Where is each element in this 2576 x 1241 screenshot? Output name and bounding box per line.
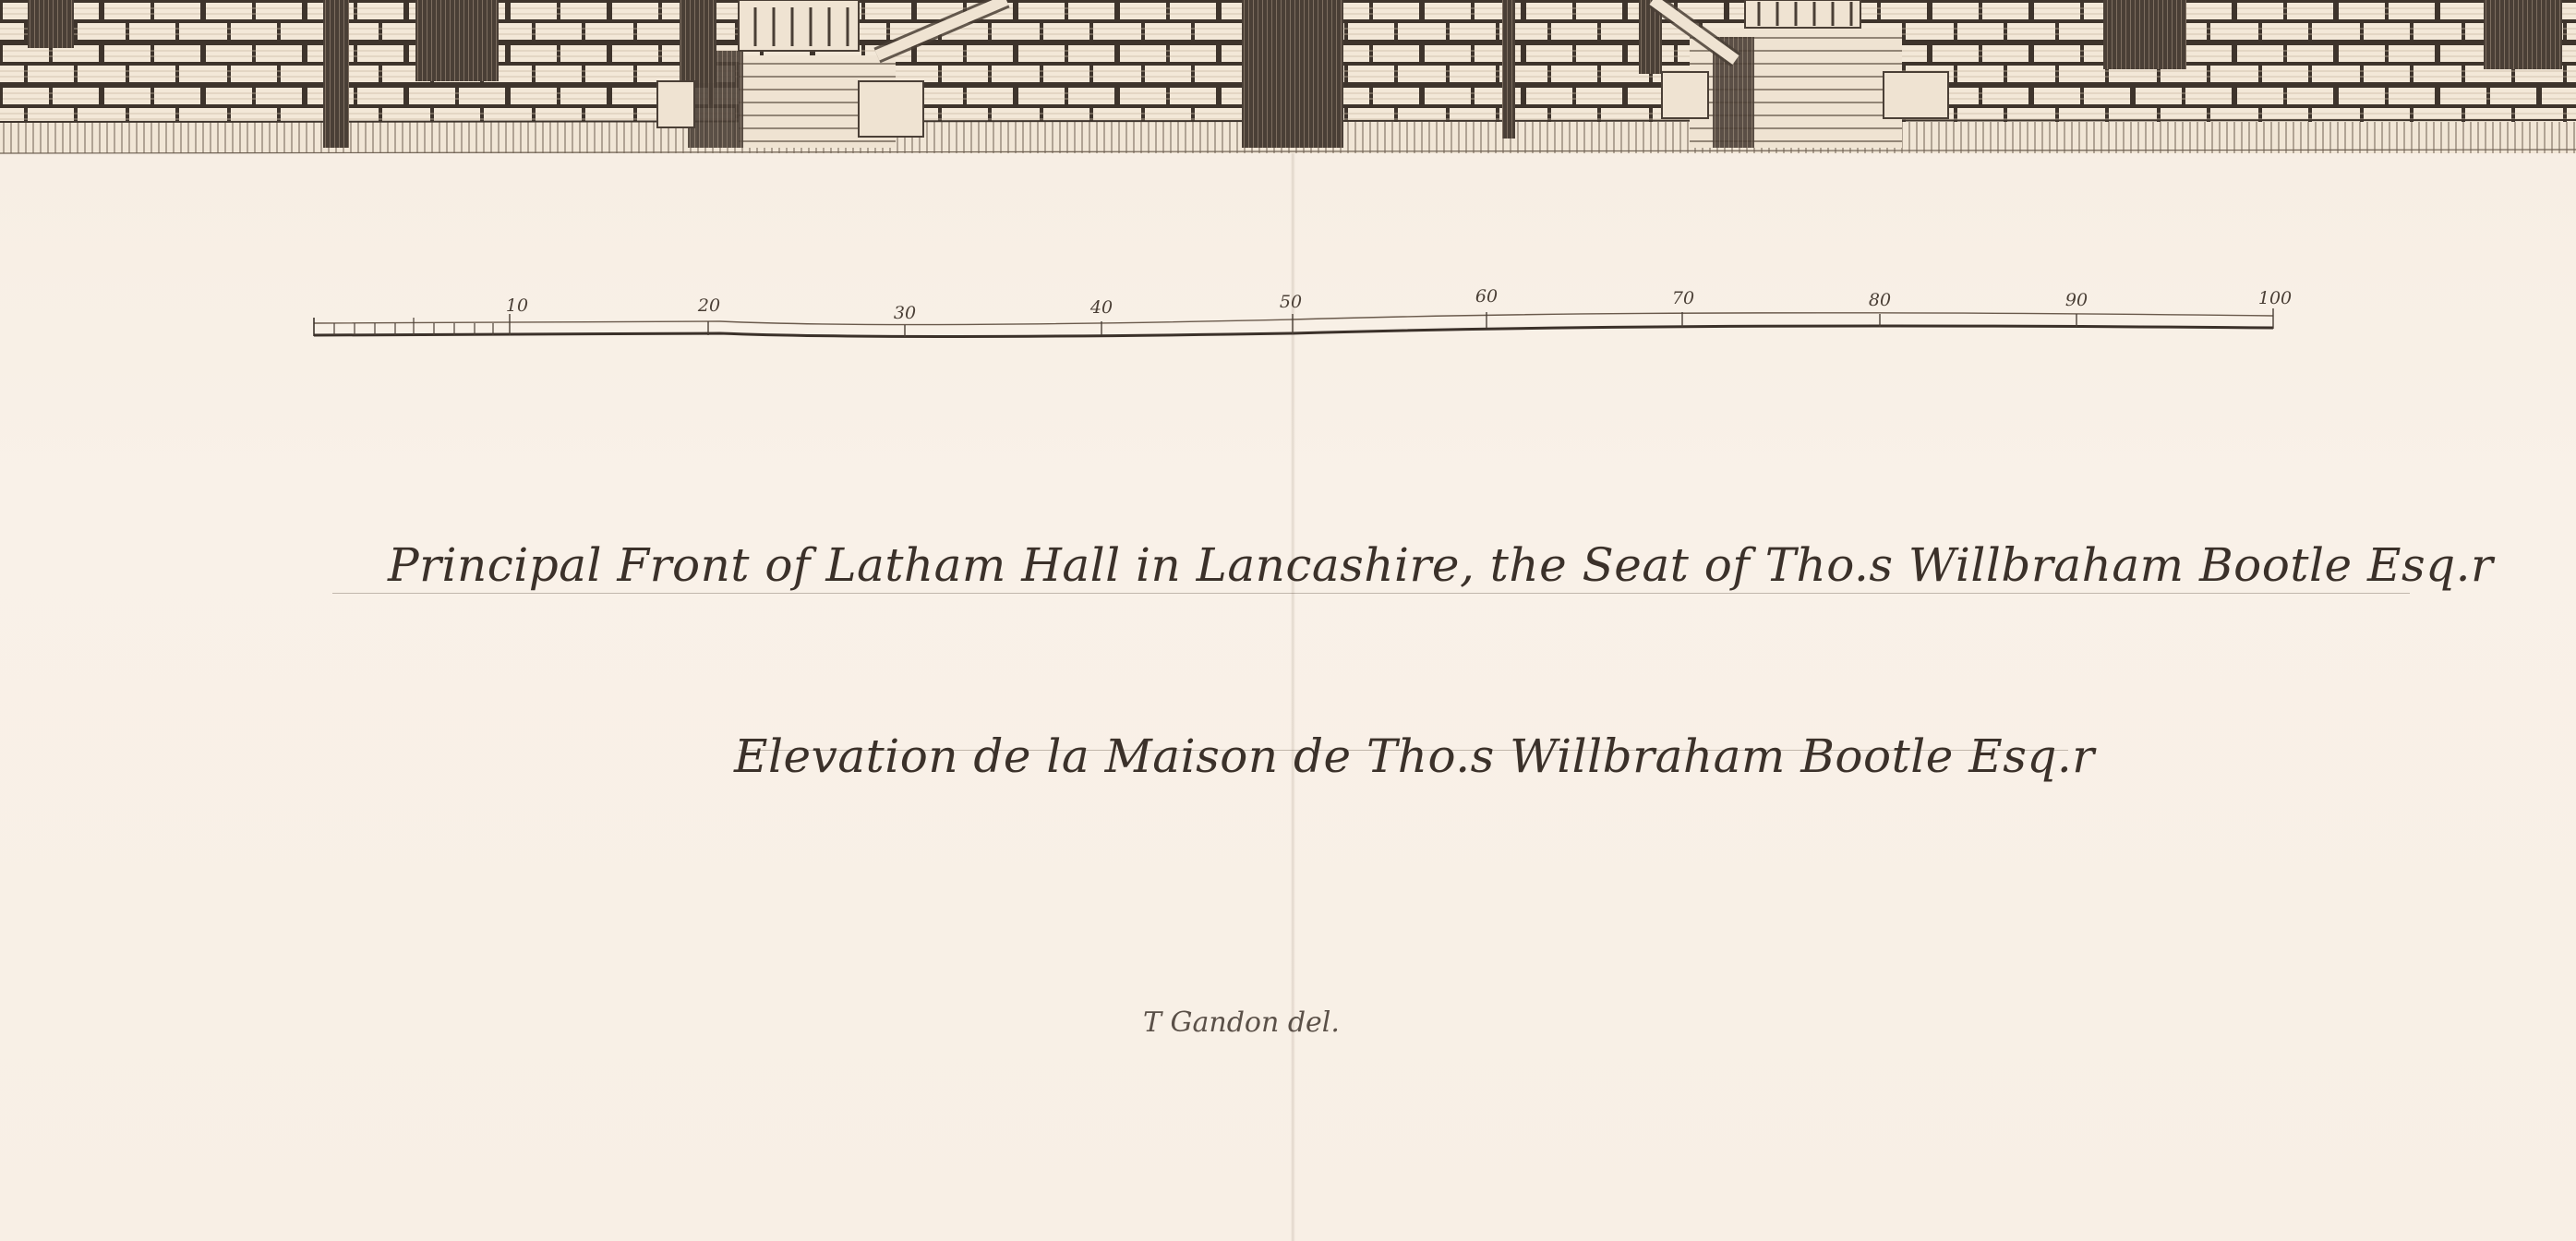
- scale-label-90: 90: [2065, 290, 2088, 310]
- scale-label-100: 100: [2258, 288, 2292, 308]
- scale-label-10: 10: [506, 295, 528, 316]
- scale-label-20: 20: [698, 295, 720, 316]
- scale-label-40: 40: [1090, 297, 1113, 318]
- building-elevation-engraving: [0, 0, 2576, 157]
- scale-bar: 10 20 30 40 50 60 70 80 90 100: [0, 277, 2576, 351]
- scale-label-60: 60: [1475, 286, 1498, 307]
- scale-label-70: 70: [1672, 288, 1694, 308]
- scale-label-80: 80: [1869, 290, 1891, 310]
- paper-background: [0, 0, 2576, 1241]
- caption-french-title: Elevation de la Maison de Tho.s Willbrah…: [734, 729, 2095, 783]
- scale-label-30: 30: [894, 303, 916, 323]
- artist-signature: T Gandon del.: [1143, 1006, 1340, 1039]
- caption-english-title: Principal Front of Latham Hall in Lancas…: [388, 538, 2493, 592]
- guide-rule-english: [332, 593, 2410, 594]
- scale-label-50: 50: [1280, 292, 1302, 312]
